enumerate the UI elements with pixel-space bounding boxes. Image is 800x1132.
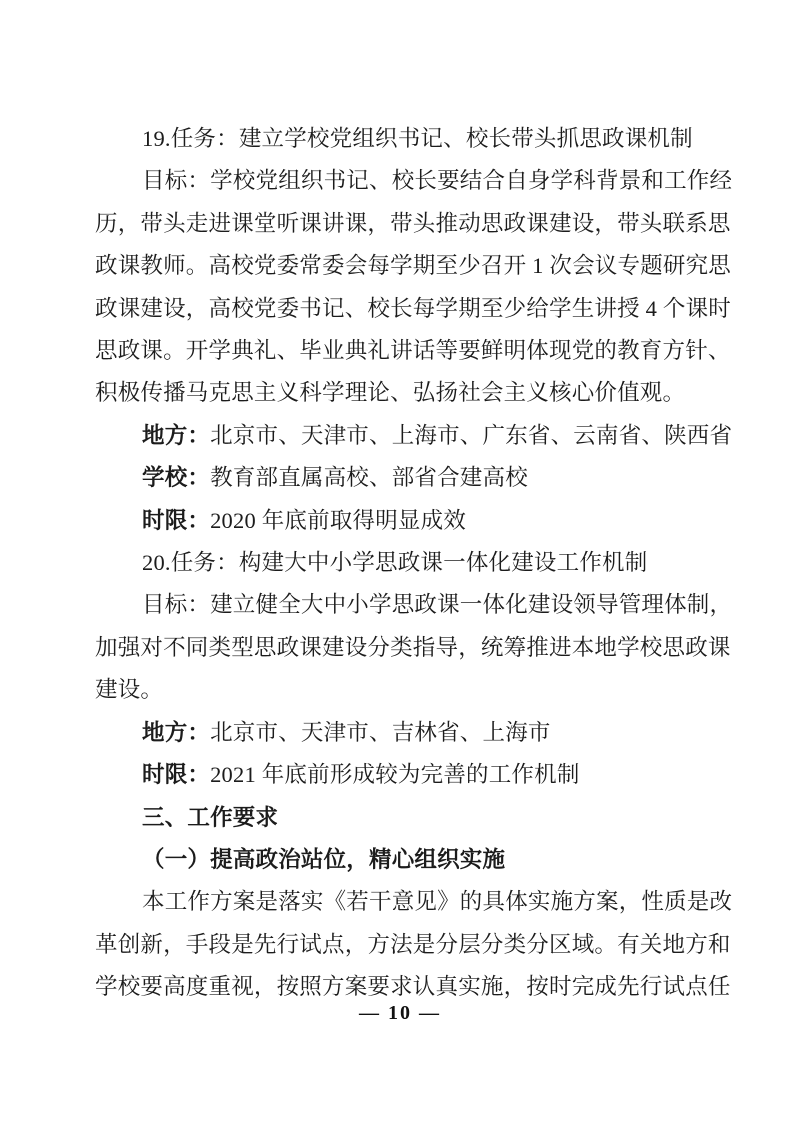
field-label: 地方：	[142, 423, 210, 448]
task-20-region-line: 地方：北京市、天津市、吉林省、上海市	[95, 712, 712, 754]
text-segment: 革创新，手段是先行试点，方法是分层分类分区域。有关地方和	[95, 932, 731, 957]
task-20-deadline-line: 时限：2021 年底前形成较为完善的工作机制	[95, 754, 712, 796]
task-20-goal-line-2: 加强对不同类型思政课建设分类指导，统筹推进本地学校思政课	[95, 627, 712, 669]
field-label: （一）提高政治站位，精心组织实施	[142, 847, 505, 872]
task-19-goal-line-2: 历，带头走进课堂听课讲课，带头推动思政课建设，带头联系思	[95, 203, 712, 245]
task-19-title-line: 19.任务：建立学校党组织书记、校长带头抓思政课机制	[95, 118, 712, 160]
page-number: — 10 —	[359, 1002, 441, 1024]
text-segment: 建设。	[95, 677, 163, 702]
field-label: 三、工作要求	[142, 805, 278, 830]
section-3-1-body-line-1: 本工作方案是落实《若干意见》的具体实施方案，性质是改	[95, 881, 712, 923]
task-19-goal-line-1: 目标：学校党组织书记、校长要结合自身学科背景和工作经	[95, 160, 712, 202]
text-segment: 教育部直属高校、部省合建高校	[210, 465, 528, 490]
section-3-1-body-line-2: 革创新，手段是先行试点，方法是分层分类分区域。有关地方和	[95, 924, 712, 966]
page-footer: — 10 —	[0, 1000, 800, 1026]
text-segment: 2021 年底前形成较为完善的工作机制	[210, 762, 579, 787]
text-segment: 历，带头走进课堂听课讲课，带头推动思政课建设，带头联系思	[95, 211, 731, 236]
field-label: 时限：	[142, 762, 210, 787]
text-segment: 本工作方案是落实《若干意见》的具体实施方案，性质是改	[142, 889, 732, 914]
section-3-heading: 三、工作要求	[95, 797, 712, 839]
text-segment: 2020 年底前取得明显成效	[210, 508, 466, 533]
task-19-deadline-line: 时限：2020 年底前取得明显成效	[95, 500, 712, 542]
field-label: 时限：	[142, 508, 210, 533]
document-body: 19.任务：建立学校党组织书记、校长带头抓思政课机制目标：学校党组织书记、校长要…	[0, 0, 800, 1009]
field-label: 学校：	[142, 465, 210, 490]
task-20-goal-line-3: 建设。	[95, 669, 712, 711]
task-20-goal-line-1: 目标：建立健全大中小学思政课一体化建设领导管理体制，	[95, 584, 712, 626]
text-segment: 加强对不同类型思政课建设分类指导，统筹推进本地学校思政课	[95, 635, 731, 660]
text-segment: 目标：建立健全大中小学思政课一体化建设领导管理体制，	[142, 592, 732, 617]
field-label: 地方：	[142, 720, 210, 745]
document-page: 19.任务：建立学校党组织书记、校长带头抓思政课机制目标：学校党组织书记、校长要…	[0, 0, 800, 1132]
task-19-goal-line-3: 政课教师。高校党委常委会每学期至少召开 1 次会议专题研究思	[95, 245, 712, 287]
text-segment: 20.任务：构建大中小学思政课一体化建设工作机制	[142, 550, 647, 575]
task-19-goal-line-4: 政课建设，高校党委书记、校长每学期至少给学生讲授 4 个课时	[95, 288, 712, 330]
text-segment: 政课建设，高校党委书记、校长每学期至少给学生讲授 4 个课时	[95, 296, 731, 321]
task-19-school-line: 学校：教育部直属高校、部省合建高校	[95, 457, 712, 499]
text-segment: 政课教师。高校党委常委会每学期至少召开 1 次会议专题研究思	[95, 253, 731, 278]
text-segment: 北京市、天津市、吉林省、上海市	[210, 720, 551, 745]
text-segment: 学校要高度重视，按照方案要求认真实施，按时完成先行试点任	[95, 974, 731, 999]
section-3-1-heading: （一）提高政治站位，精心组织实施	[95, 839, 712, 881]
text-segment: 积极传播马克思主义科学理论、弘扬社会主义核心价值观。	[95, 380, 685, 405]
text-segment: 目标：学校党组织书记、校长要结合自身学科背景和工作经	[142, 168, 732, 193]
text-segment: 北京市、天津市、上海市、广东省、云南省、陕西省	[210, 423, 732, 448]
task-20-title-line: 20.任务：构建大中小学思政课一体化建设工作机制	[95, 542, 712, 584]
task-19-region-line: 地方：北京市、天津市、上海市、广东省、云南省、陕西省	[95, 415, 712, 457]
task-19-goal-line-6: 积极传播马克思主义科学理论、弘扬社会主义核心价值观。	[95, 372, 712, 414]
text-segment: 思政课。开学典礼、毕业典礼讲话等要鲜明体现党的教育方针、	[95, 338, 731, 363]
task-19-goal-line-5: 思政课。开学典礼、毕业典礼讲话等要鲜明体现党的教育方针、	[95, 330, 712, 372]
text-segment: 19.任务：建立学校党组织书记、校长带头抓思政课机制	[142, 126, 693, 151]
